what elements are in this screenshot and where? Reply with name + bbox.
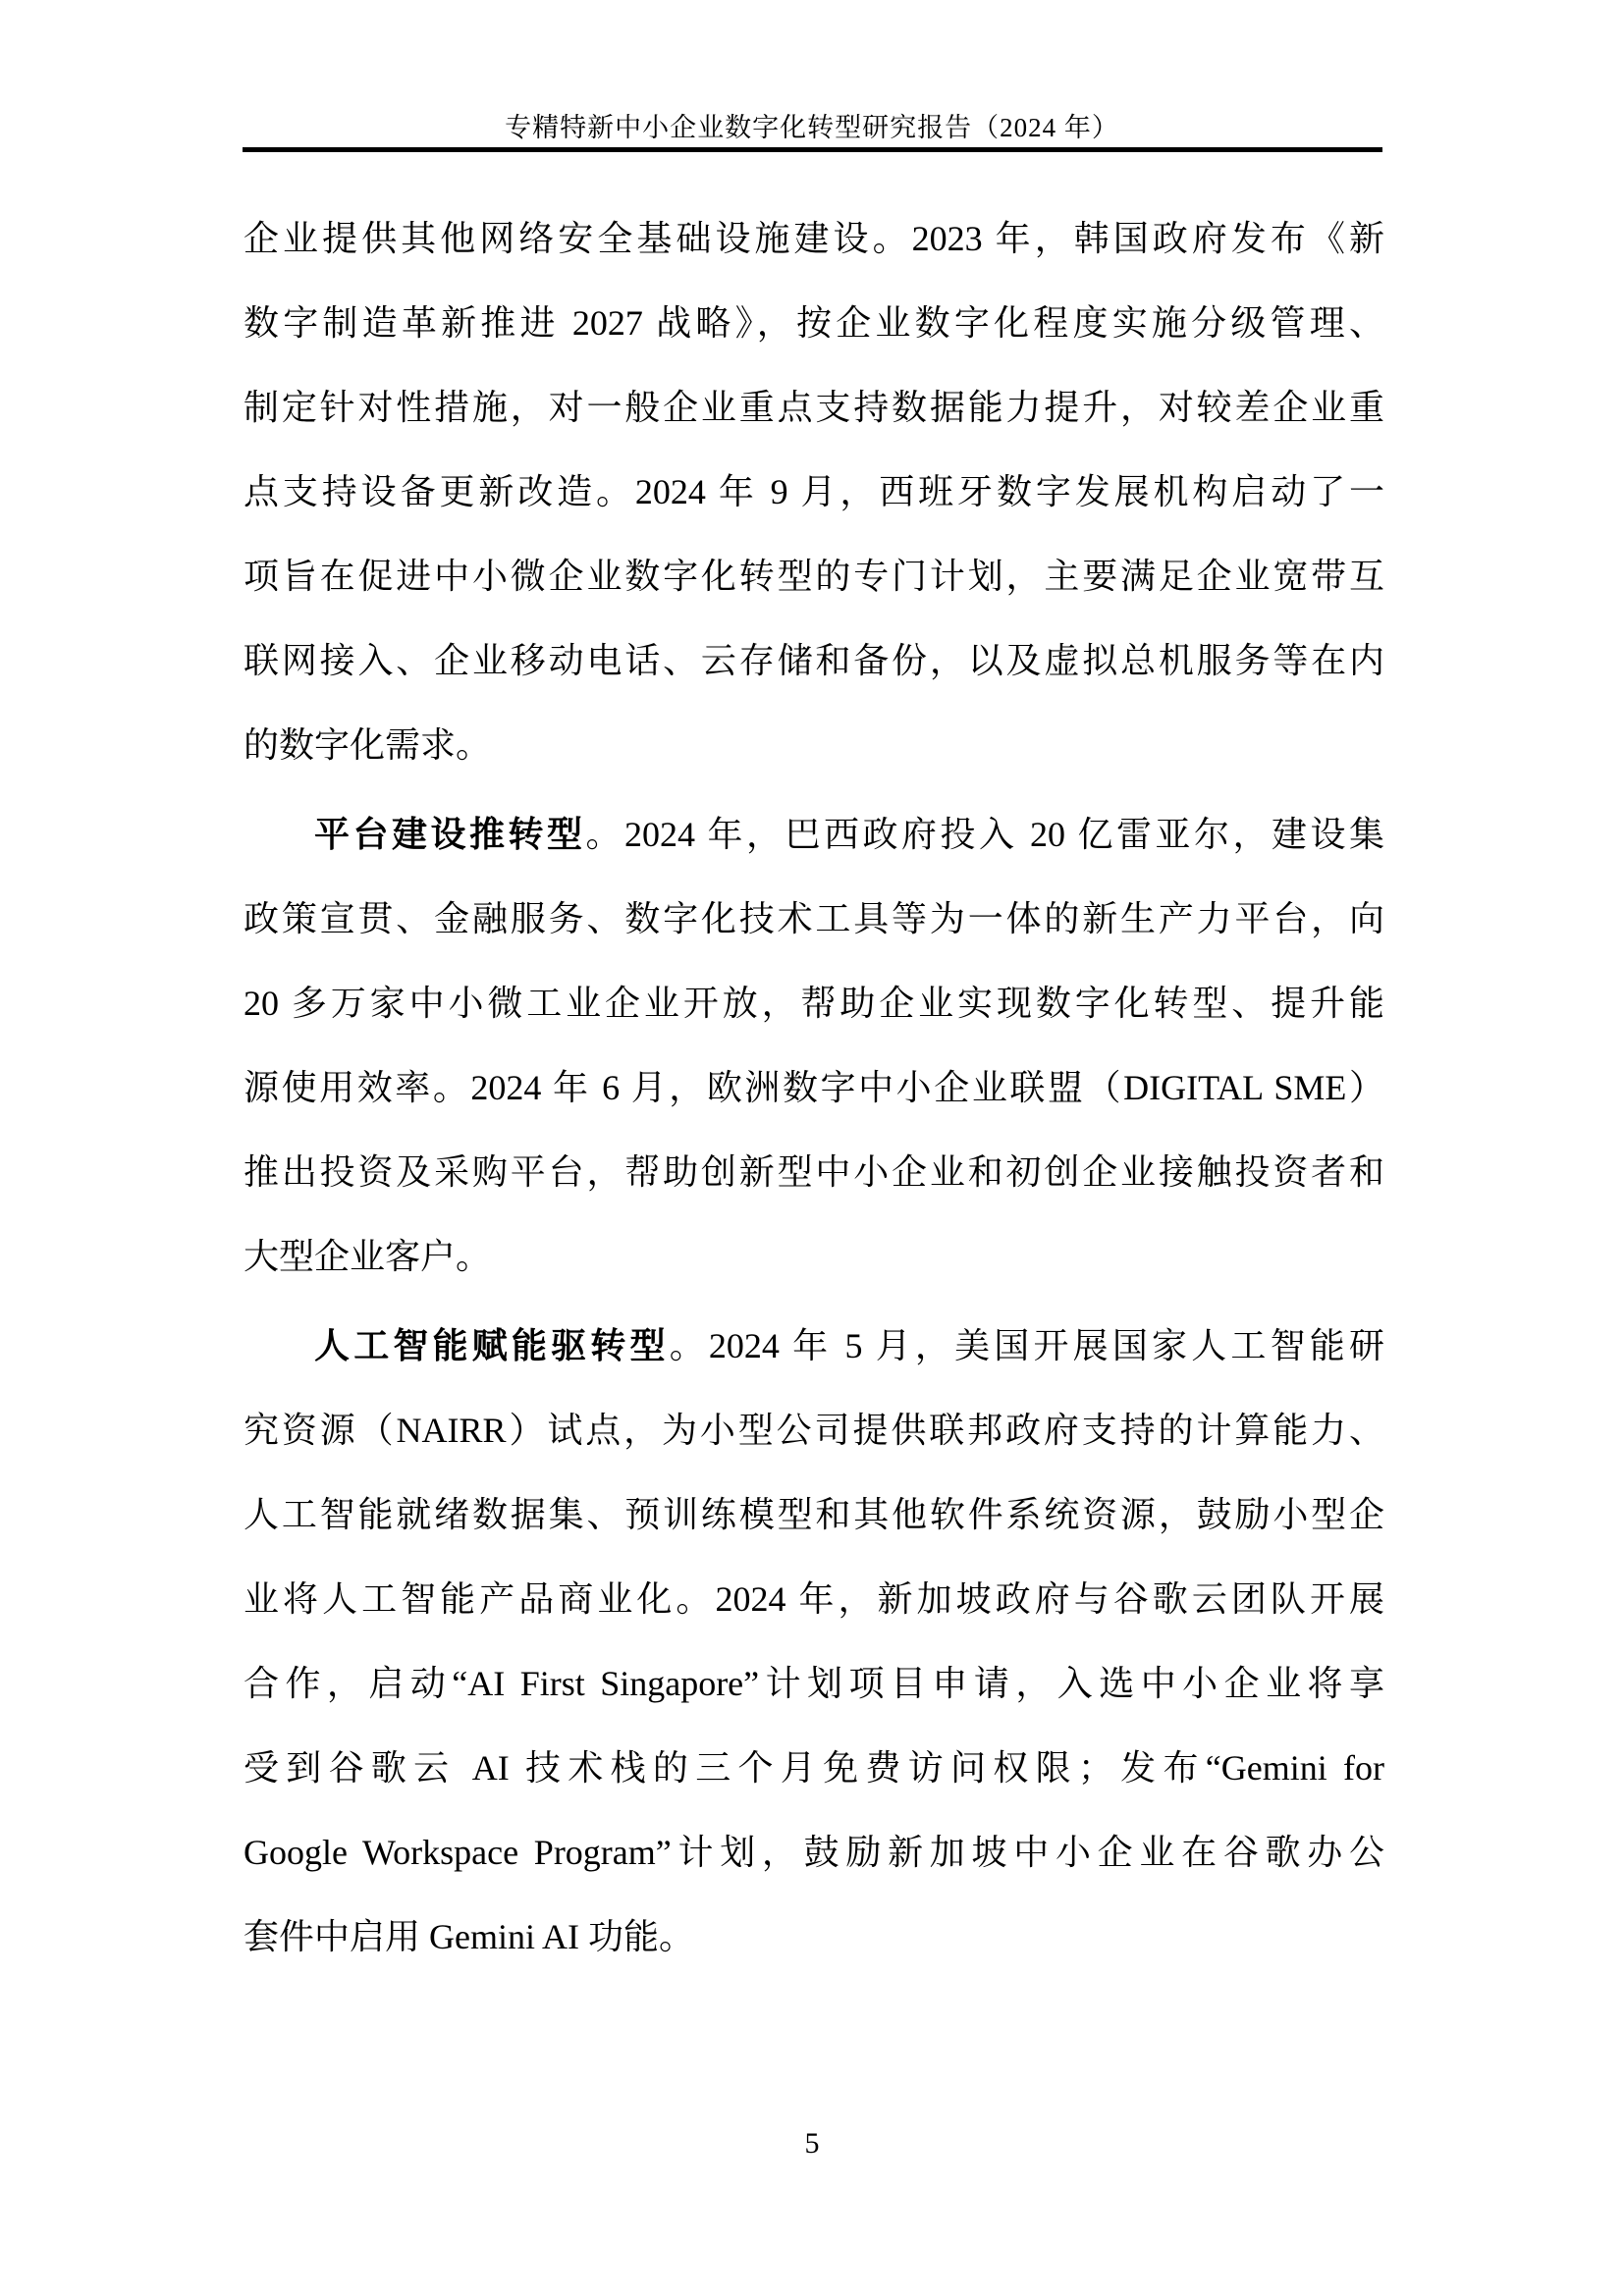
paragraph: 人工智能赋能驱转型。2024 年 5 月，美国开展国家人工智能研究资源（NAIR…: [244, 1304, 1384, 1979]
paragraph-lead-bold: 平台建设推转型: [314, 815, 586, 854]
header-rule: [243, 147, 1382, 152]
page-number: 5: [0, 2126, 1624, 2162]
text-line: 联网接入、企业移动电话、云存储和备份，以及虚拟总机服务等在内: [244, 618, 1384, 703]
text-line: 套件中启用 Gemini AI 功能。: [244, 1895, 1384, 1979]
document-body: 企业提供其他网络安全基础设施建设。2023 年，韩国政府发布《新数字制造革新推进…: [244, 196, 1384, 1979]
paragraph: 平台建设推转型。2024 年，巴西政府投入 20 亿雷亚尔，建设集政策宣贯、金融…: [244, 792, 1384, 1299]
paragraph-lead-bold: 人工智能赋能驱转型: [314, 1326, 670, 1365]
text-line: 人工智能赋能驱转型。2024 年 5 月，美国开展国家人工智能研: [244, 1304, 1384, 1388]
text-line: 政策宣贯、金融服务、数字化技术工具等为一体的新生产力平台，向: [244, 877, 1384, 961]
text-line: Google Workspace Program”计划，鼓励新加坡中小企业在谷歌…: [244, 1810, 1384, 1895]
text-line: 数字制造革新推进 2027 战略》，按企业数字化程度实施分级管理、: [244, 281, 1384, 365]
text-line: 人工智能就绪数据集、预训练模型和其他软件系统资源，鼓励小型企: [244, 1472, 1384, 1557]
text-line: 合作，启动“AI First Singapore”计划项目申请，入选中小企业将享: [244, 1641, 1384, 1726]
text-line: 点支持设备更新改造。2024 年 9 月，西班牙数字发展机构启动了一: [244, 450, 1384, 534]
document-page: 专精特新中小企业数字化转型研究报告（2024 年） 企业提供其他网络安全基础设施…: [0, 0, 1624, 2296]
text-line: 受到谷歌云 AI 技术栈的三个月免费访问权限；发布“Gemini for: [244, 1726, 1384, 1810]
paragraph: 企业提供其他网络安全基础设施建设。2023 年，韩国政府发布《新数字制造革新推进…: [244, 196, 1384, 787]
text-line: 项旨在促进中小微企业数字化转型的专门计划，主要满足企业宽带互: [244, 534, 1384, 618]
text-line: 究资源（NAIRR）试点，为小型公司提供联邦政府支持的计算能力、: [244, 1388, 1384, 1472]
text-line: 20 多万家中小微工业企业开放，帮助企业实现数字化转型、提升能: [244, 961, 1384, 1045]
text-line: 业将人工智能产品商业化。2024 年，新加坡政府与谷歌云团队开展: [244, 1557, 1384, 1641]
text-line: 大型企业客户。: [244, 1214, 1384, 1299]
text-line: 企业提供其他网络安全基础设施建设。2023 年，韩国政府发布《新: [244, 196, 1384, 281]
page-header-title: 专精特新中小企业数字化转型研究报告（2024 年）: [0, 112, 1624, 143]
text-line: 的数字化需求。: [244, 703, 1384, 787]
text-line: 制定针对性措施，对一般企业重点支持数据能力提升，对较差企业重: [244, 365, 1384, 450]
text-line: 源使用效率。2024 年 6 月，欧洲数字中小企业联盟（DIGITAL SME）: [244, 1045, 1384, 1130]
text-line: 推出投资及采购平台，帮助创新型中小企业和初创企业接触投资者和: [244, 1130, 1384, 1214]
text-line: 平台建设推转型。2024 年，巴西政府投入 20 亿雷亚尔，建设集: [244, 792, 1384, 877]
